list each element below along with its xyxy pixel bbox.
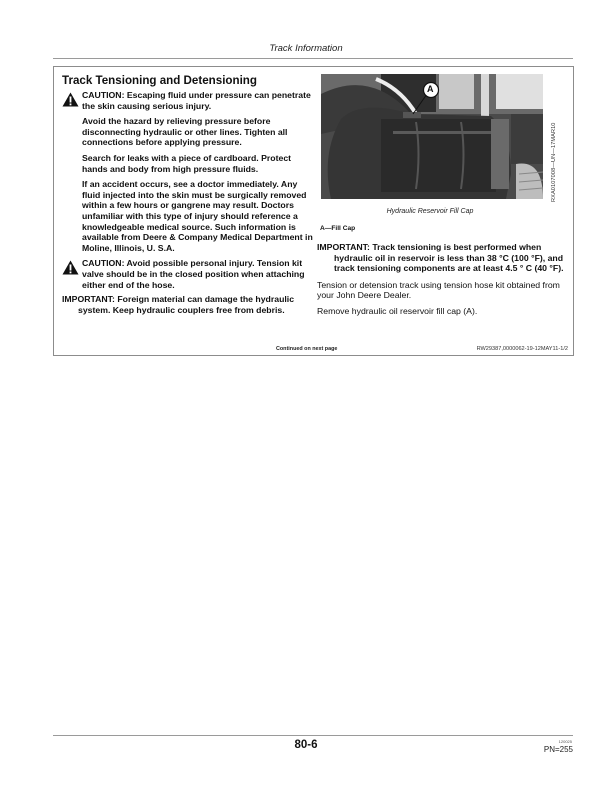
- warning-triangle-icon: [62, 92, 79, 107]
- caution-text: CAUTION: Avoid possible personal injury.…: [82, 258, 305, 289]
- caution-tension-kit: CAUTION: Avoid possible personal injury.…: [62, 258, 314, 290]
- page-number: 80-6: [0, 739, 612, 751]
- figure-caption: Hydraulic Reservoir Fill Cap: [317, 208, 543, 215]
- section-title: Track Tensioning and Detensioning: [62, 74, 314, 87]
- remove-fill-cap-step: Remove hydraulic oil reservoir fill cap …: [317, 306, 569, 317]
- continued-note: Continued on next page: [276, 346, 337, 352]
- caution-text: CAUTION: Escaping fluid under pressure c…: [82, 90, 311, 111]
- leak-search-paragraph: Search for leaks with a piece of cardboa…: [62, 153, 314, 174]
- running-header: Track Information: [0, 43, 612, 54]
- callout-letter-a: A: [427, 84, 434, 94]
- procedure-box: Track Tensioning and Detensioning CAUTIO…: [53, 66, 574, 356]
- tension-hose-kit-paragraph: Tension or detension track using tension…: [317, 280, 569, 301]
- figure-hydraulic-reservoir: A RXA0107008—UN—17MAR10: [317, 74, 569, 206]
- manual-page: Track Information Track Tensioning and D…: [0, 0, 612, 792]
- footer-code: 120025: [559, 739, 572, 744]
- warning-triangle-icon: [62, 260, 79, 275]
- reservoir-photo: A: [321, 74, 543, 199]
- callout-legend: A—Fill Cap: [317, 225, 569, 232]
- relieve-pressure-paragraph: Avoid the hazard by relieving pressure b…: [62, 116, 314, 148]
- important-oil-temperature: IMPORTANT: Track tensioning is best perf…: [317, 242, 569, 274]
- document-reference: RW29387,0000062-19-12MAY11-1/2: [477, 346, 568, 352]
- important-foreign-material: IMPORTANT: Foreign material can damage t…: [62, 294, 314, 315]
- pn-number: PN=255: [544, 745, 573, 754]
- header-rule: [53, 58, 573, 59]
- caution-escaping-fluid: CAUTION: Escaping fluid under pressure c…: [62, 90, 314, 111]
- left-column: Track Tensioning and Detensioning CAUTIO…: [62, 74, 314, 315]
- figure-id: RXA0107008—UN—17MAR10: [551, 122, 557, 202]
- footer-rule: [53, 735, 573, 736]
- accident-paragraph: If an accident occurs, see a doctor imme…: [62, 179, 314, 253]
- right-column: A RXA0107008—UN—17MAR10 Hydraulic Reserv…: [317, 74, 569, 317]
